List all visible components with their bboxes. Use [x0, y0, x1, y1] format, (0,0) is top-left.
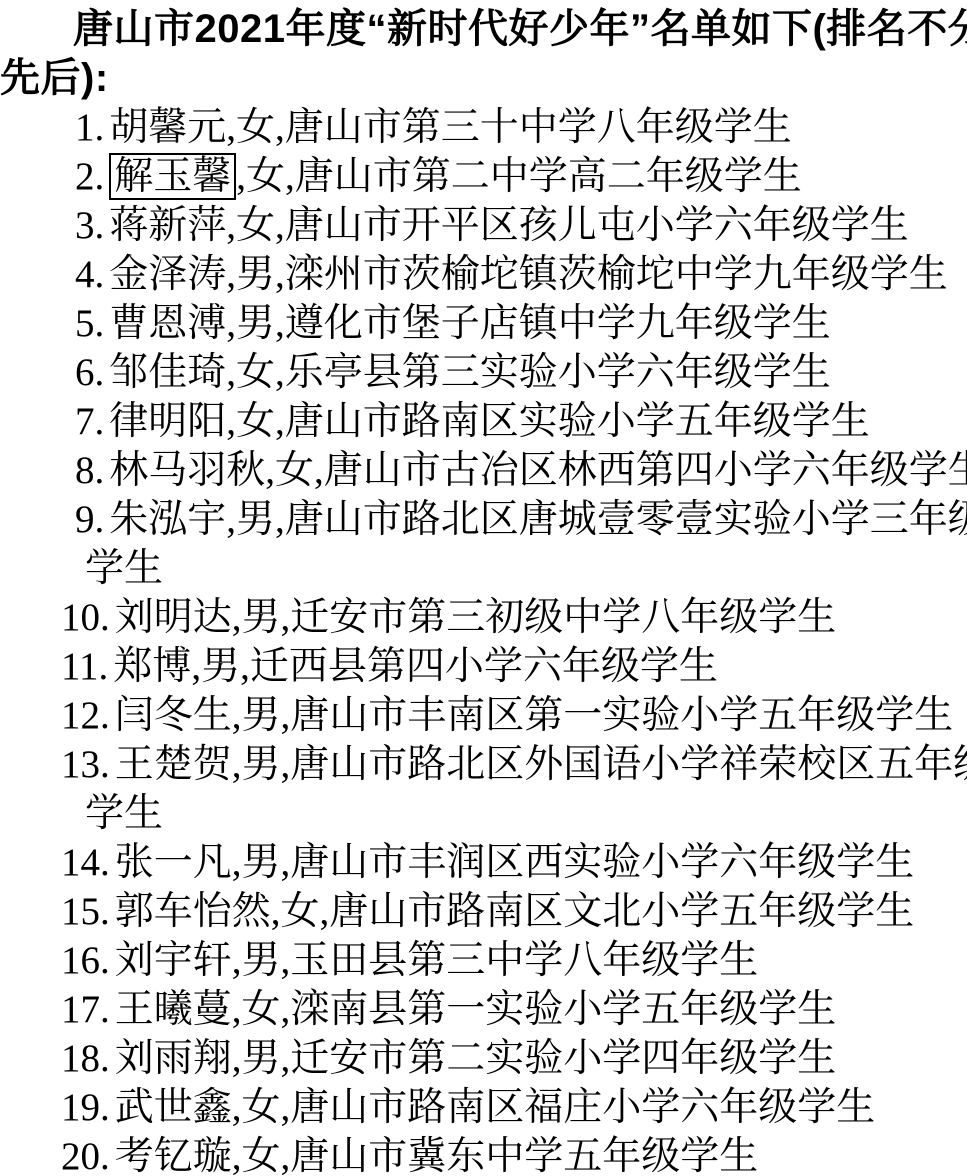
item-details: ,男,唐山市丰南区第一实验小学五年级学生	[232, 694, 954, 737]
page-title-line2: 先后):	[0, 56, 109, 100]
list-item: 20.考钇璇,女,唐山市冀东中学五年级学生	[0, 1132, 967, 1176]
item-number: 10.	[61, 596, 110, 639]
item-number: 3.	[75, 204, 104, 247]
item-details: ,男,唐山市路北区唐城壹零壹实验小学三年级	[226, 498, 967, 541]
list-item: 14.张一凡,男,唐山市丰润区西实验小学六年级学生	[0, 838, 967, 887]
item-number: 11.	[61, 645, 108, 688]
item-details: ,女,唐山市冀东中学五年级学生	[232, 1135, 759, 1176]
student-name: 王楚贺	[115, 743, 232, 786]
student-name: 刘雨翔	[115, 1037, 232, 1080]
student-name: 闫冬生	[115, 694, 232, 737]
item-details: ,女,唐山市路南区实验小学五年级学生	[226, 400, 870, 443]
student-name: 金泽涛	[109, 253, 226, 296]
item-number: 20.	[61, 1135, 110, 1176]
student-name: 张一凡	[115, 841, 232, 884]
item-number: 2.	[75, 155, 104, 198]
item-number: 7.	[75, 400, 104, 443]
item-details: ,女,滦南县第一实验小学五年级学生	[232, 988, 837, 1031]
item-number: 14.	[61, 841, 110, 884]
item-details-continuation: 学生	[85, 547, 163, 590]
list-item: 17.王曦蔓,女,滦南县第一实验小学五年级学生	[0, 985, 967, 1034]
item-number: 13.	[61, 743, 110, 786]
list-item: 3.蒋新萍,女,唐山市开平区孩儿屯小学六年级学生	[0, 201, 967, 250]
item-details: ,女,唐山市古冶区林西第四小学六年级学生	[265, 449, 967, 492]
item-number: 9.	[75, 498, 104, 541]
list-item: 7.律明阳,女,唐山市路南区实验小学五年级学生	[0, 397, 967, 446]
page-title-line1: 唐山市2021年度“新时代好少年”名单如下(排名不分	[73, 7, 967, 51]
item-details: ,女,唐山市路南区文北小学五年级学生	[271, 890, 915, 933]
page-title: 唐山市2021年度“新时代好少年”名单如下(排名不分 先后):	[0, 5, 967, 103]
item-number: 18.	[61, 1037, 110, 1080]
student-list: 1.胡馨元,女,唐山市第三十中学八年级学生2.解玉馨,女,唐山市第二中学高二年级…	[0, 103, 967, 1176]
item-details: ,男,滦州市茨榆坨镇茨榆坨中学九年级学生	[226, 253, 948, 296]
list-item: 6.邹佳琦,女,乐亭县第三实验小学六年级学生	[0, 348, 967, 397]
item-details: ,男,迁安市第二实验小学四年级学生	[232, 1037, 837, 1080]
item-details: ,女,唐山市开平区孩儿屯小学六年级学生	[226, 204, 909, 247]
student-name: 曹恩溥	[109, 302, 226, 345]
list-item: 13.王楚贺,男,唐山市路北区外国语小学祥荣校区五年级学生	[0, 740, 967, 838]
student-name: 王曦蔓	[115, 988, 232, 1031]
item-number: 15.	[61, 890, 110, 933]
item-details: ,男,迁西县第四小学六年级学生	[191, 645, 718, 688]
student-name: 武世鑫	[115, 1086, 232, 1129]
item-number: 12.	[61, 694, 110, 737]
item-details: ,男,唐山市路北区外国语小学祥荣校区五年级	[232, 743, 967, 786]
item-number: 6.	[75, 351, 104, 394]
student-name: 刘宇轩	[115, 939, 232, 982]
student-name: 郑博	[113, 645, 191, 688]
item-number: 5.	[75, 302, 104, 345]
item-number: 16.	[61, 939, 110, 982]
item-number: 8.	[75, 449, 104, 492]
item-number: 1.	[75, 106, 104, 149]
student-name: 邹佳琦	[109, 351, 226, 394]
item-details: ,女,唐山市第二中学高二年级学生	[236, 155, 802, 198]
document-page: 唐山市2021年度“新时代好少年”名单如下(排名不分 先后): 1.胡馨元,女,…	[0, 0, 967, 1176]
list-item: 10.刘明达,男,迁安市第三初级中学八年级学生	[0, 593, 967, 642]
item-number: 4.	[75, 253, 104, 296]
student-name: 考钇璇	[115, 1135, 232, 1176]
list-item: 15.郭车怡然,女,唐山市路南区文北小学五年级学生	[0, 887, 967, 936]
student-name: 蒋新萍	[109, 204, 226, 247]
student-name: 胡馨元	[109, 106, 226, 149]
student-name: 刘明达	[115, 596, 232, 639]
student-name: 林马羽秋	[109, 449, 265, 492]
item-details: ,男,唐山市丰润区西实验小学六年级学生	[232, 841, 915, 884]
list-item: 9.朱泓宇,男,唐山市路北区唐城壹零壹实验小学三年级学生	[0, 495, 967, 593]
list-item: 18.刘雨翔,男,迁安市第二实验小学四年级学生	[0, 1034, 967, 1083]
list-item: 19.武世鑫,女,唐山市路南区福庄小学六年级学生	[0, 1083, 967, 1132]
item-details: ,男,玉田县第三中学八年级学生	[232, 939, 759, 982]
list-item: 5.曹恩溥,男,遵化市堡子店镇中学九年级学生	[0, 299, 967, 348]
item-details-continuation: 学生	[85, 792, 163, 835]
student-name: 朱泓宇	[109, 498, 226, 541]
item-number: 19.	[61, 1086, 110, 1129]
list-item: 1.胡馨元,女,唐山市第三十中学八年级学生	[0, 103, 967, 152]
student-name: 郭车怡然	[115, 890, 271, 933]
item-details: ,男,遵化市堡子店镇中学九年级学生	[226, 302, 831, 345]
item-details: ,女,唐山市第三十中学八年级学生	[226, 106, 792, 149]
list-item: 8.林马羽秋,女,唐山市古冶区林西第四小学六年级学生	[0, 446, 967, 495]
item-number: 17.	[61, 988, 110, 1031]
list-item: 2.解玉馨,女,唐山市第二中学高二年级学生	[0, 152, 967, 201]
list-item: 12.闫冬生,男,唐山市丰南区第一实验小学五年级学生	[0, 691, 967, 740]
list-item: 16.刘宇轩,男,玉田县第三中学八年级学生	[0, 936, 967, 985]
student-name-boxed: 解玉馨	[109, 153, 236, 200]
list-item: 11.郑博,男,迁西县第四小学六年级学生	[0, 642, 967, 691]
item-details: ,女,乐亭县第三实验小学六年级学生	[226, 351, 831, 394]
item-details: ,女,唐山市路南区福庄小学六年级学生	[232, 1086, 876, 1129]
list-item: 4.金泽涛,男,滦州市茨榆坨镇茨榆坨中学九年级学生	[0, 250, 967, 299]
item-details: ,男,迁安市第三初级中学八年级学生	[232, 596, 837, 639]
student-name: 律明阳	[109, 400, 226, 443]
